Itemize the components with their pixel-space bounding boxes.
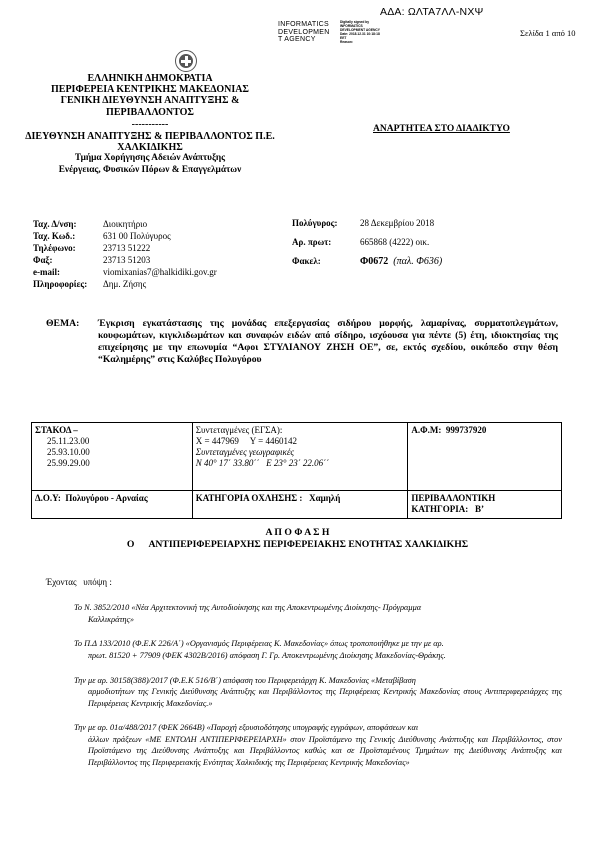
stakod-cell: ΣΤΑΚΟΔ – 25.11.23.00 25.93.10.00 25.99.2… — [32, 423, 193, 491]
contact-value: Διοικητήριο — [103, 218, 303, 230]
subject-label: ΘΕΜΑ: — [46, 318, 98, 366]
separator: ----------- — [0, 119, 300, 130]
signature-line: INFORMATICS — [278, 21, 330, 29]
env-category-line: ΚΑΤΗΓΟΡΙΑ: Β’ — [411, 504, 558, 515]
authority-line: ΕΛΛΗΝΙΚΗ ΔΗΜΟΚΡΑΤΙΑ — [0, 73, 300, 84]
subject: ΘΕΜΑ: Έγκριση εγκατάστασης της μονάδας ε… — [46, 318, 558, 366]
cross-icon — [179, 54, 193, 68]
signature-detail: Reason: — [340, 40, 380, 44]
directorate-line: ΔΙΕΥΘΥΝΣΗ ΑΝΑΠΤΥΞΗΣ & ΠΕΡΙΒΑΛΛΟΝΤΟΣ Π.Ε. — [0, 131, 300, 142]
nuisance-cell: ΚΑΤΗΓΟΡΙΑ ΟΧΛΗΣΗΣ : Χαμηλή — [192, 491, 408, 519]
ada-code: ΑΔΑ: ΩΛΤΑ7ΛΛ-ΝΧΨ — [380, 6, 484, 18]
contact-row: Τηλέφωνο:23713 51222 — [33, 242, 303, 254]
greek-coat-of-arms-icon — [175, 50, 197, 72]
geo-value: Ν 40° 17΄ 33.80΄΄ Ε 23° 23΄ 22.06΄΄ — [196, 458, 405, 469]
signature-line: T AGENCY — [278, 36, 330, 44]
directorate-line: ΧΑΛΚΙΔΙΚΗΣ — [0, 142, 300, 153]
list-item-first-line: Το Π.Δ 133/2010 (Φ.Ε.Κ 226/Α΄) «Οργανισμ… — [74, 638, 562, 650]
contact-label: Φαξ: — [33, 254, 103, 266]
table-row: ΣΤΑΚΟΔ – 25.11.23.00 25.93.10.00 25.99.2… — [32, 423, 562, 491]
contact-value: Δημ. Ζήσης — [103, 278, 303, 290]
authority-line: ΠΕΡΙΒΑΛΛΟΝΤΟΣ — [0, 107, 300, 118]
contact-row: Πληροφορίες:Δημ. Ζήσης — [33, 278, 303, 290]
protocol-value: 665868 (4222) οικ. — [360, 237, 429, 256]
stakod-label: ΣΤΑΚΟΔ – — [35, 425, 189, 436]
contact-label: Τηλέφωνο: — [33, 242, 103, 254]
stakod-code: 25.93.10.00 — [35, 447, 189, 458]
folder-value: Φ0672 (παλ. Φ636) — [360, 256, 442, 275]
contact-value: 631 00 Πολύγυρος — [103, 230, 303, 242]
contact-label: Πληροφορίες: — [33, 278, 103, 290]
list-item: Το Ν. 3852/2010 «Νέα Αρχιτεκτονική της Α… — [74, 602, 562, 625]
folder-label: Φακελ: — [292, 256, 360, 275]
contact-row: Ταχ. Δ/νση:Διοικητήριο — [33, 218, 303, 230]
post-online-notice: ΑΝΑΡΤΗΤΕΑ ΣΤΟ ΔΙΑΔΙΚΤΥΟ — [373, 124, 510, 134]
folder-code: Φ0672 — [360, 256, 388, 267]
folder-row: Φακελ:Φ0672 (παλ. Φ636) — [292, 256, 442, 275]
decision-issuer: Ο ΑΝΤΙΠΕΡΙΦΕΡΕΙΑΡΧΗΣ ΠΕΡΙΦΕΡΕΙΑΚΗΣ ΕΝΟΤΗ… — [0, 539, 595, 551]
doy-value: Δ.Ο.Υ: Πολυγύρου - Αρναίας — [35, 493, 189, 504]
date-value: 28 Δεκεμβρίου 2018 — [360, 218, 434, 237]
contact-row: Ταχ. Κωδ.:631 00 Πολύγυρος — [33, 230, 303, 242]
digital-signature-details: Digitally signed by INFORMATICS DEVELOPM… — [340, 20, 380, 44]
authority-line: ΓΕΝΙΚΗ ΔΙΕΥΘΥΝΣΗ ΑΝΑΠΤΥΞΗΣ & — [0, 95, 300, 106]
contact-label: e-mail: — [33, 266, 103, 278]
decision-heading: Α Π Ο Φ Α Σ Η Ο ΑΝΤΙΠΕΡΙΦΕΡΕΙΑΡΧΗΣ ΠΕΡΙΦ… — [0, 527, 595, 550]
email-link[interactable]: viomixanias7@halkidiki.gov.gr — [103, 266, 303, 278]
afm-value: Α.Φ.Μ: 999737920 — [411, 425, 558, 436]
document-meta: Πολύγυρος:28 Δεκεμβρίου 2018 Αρ. πρωτ:66… — [292, 218, 442, 275]
date-row: Πολύγυρος:28 Δεκεμβρίου 2018 — [292, 218, 442, 237]
contact-row: e-mail:viomixanias7@halkidiki.gov.gr — [33, 266, 303, 278]
table-row: Δ.Ο.Υ: Πολυγύρου - Αρναίας ΚΑΤΗΓΟΡΙΑ ΟΧΛ… — [32, 491, 562, 519]
signature-line: DEVELOPMEN — [278, 29, 330, 37]
list-item-continuation: αρμοδιοτήτων της Γενικής Διεύθυνσης Ανάπ… — [74, 686, 562, 709]
geo-label: Συντεταγμένες γεωγραφικές — [196, 447, 405, 458]
department-line: Τμήμα Χορήγησης Αδειών Ανάπτυξης — [0, 153, 300, 164]
place-label: Πολύγυρος: — [292, 218, 360, 237]
list-item-continuation: Καλλικράτης» — [74, 614, 562, 626]
folder-old-code: (παλ. Φ636) — [393, 256, 442, 267]
list-item: Το Π.Δ 133/2010 (Φ.Ε.Κ 226/Α΄) «Οργανισμ… — [74, 638, 562, 661]
legal-basis-list: Το Ν. 3852/2010 «Νέα Αρχιτεκτονική της Α… — [74, 602, 562, 782]
list-item-continuation: πρωτ. 81520 + 77909 (ΦΕΚ 4302Β/2016) από… — [74, 650, 562, 662]
contact-info: Ταχ. Δ/νση:Διοικητήριο Ταχ. Κωδ.:631 00 … — [33, 218, 303, 290]
protocol-row: Αρ. πρωτ:665868 (4222) οικ. — [292, 237, 442, 256]
list-item-first-line: Την με αρ. 30158(388)/2017 (Φ.Ε.Κ 516/Β΄… — [74, 675, 562, 687]
digital-signature-stamp: INFORMATICS DEVELOPMEN T AGENCY — [278, 21, 330, 44]
list-item-first-line: Το Ν. 3852/2010 «Νέα Αρχιτεκτονική της Α… — [74, 602, 562, 614]
contact-label: Ταχ. Δ/νση: — [33, 218, 103, 230]
department-line: Ενέργειας, Φυσικών Πόρων & Επαγγελμάτων — [0, 165, 300, 176]
subject-text: Έγκριση εγκατάστασης της μονάδας επεξεργ… — [98, 318, 558, 366]
contact-row: Φαξ:23713 51203 — [33, 254, 303, 266]
coordinates-cell: Συντεταγμένες (ΕΓΣΑ): X = 447969 Y = 446… — [192, 423, 408, 491]
list-item: Την με αρ. 30158(388)/2017 (Φ.Ε.Κ 516/Β΄… — [74, 675, 562, 710]
contact-label: Ταχ. Κωδ.: — [33, 230, 103, 242]
stakod-code: 25.99.29.00 — [35, 458, 189, 469]
contact-value: 23713 51203 — [103, 254, 303, 266]
authority-header: ΕΛΛΗΝΙΚΗ ΔΗΜΟΚΡΑΤΙΑ ΠΕΡΙΦΕΡΕΙΑ ΚΕΝΤΡΙΚΗΣ… — [0, 73, 300, 176]
list-item: Την με αρ. 01α/488/2017 (ΦΕΚ 2664Β) «Παρ… — [74, 722, 562, 768]
decision-title: Α Π Ο Φ Α Σ Η — [0, 527, 595, 539]
nuisance-value: ΚΑΤΗΓΟΡΙΑ ΟΧΛΗΣΗΣ : Χαμηλή — [196, 493, 405, 504]
afm-cell: Α.Φ.Μ: 999737920 — [408, 423, 562, 491]
authority-line: ΠΕΡΙΦΕΡΕΙΑ ΚΕΝΤΡΙΚΗΣ ΜΑΚΕΔΟΝΙΑΣ — [0, 84, 300, 95]
protocol-label: Αρ. πρωτ: — [292, 237, 360, 256]
doy-cell: Δ.Ο.Υ: Πολυγύρου - Αρναίας — [32, 491, 193, 519]
page-number: Σελίδα 1 από 10 — [520, 28, 576, 38]
env-category-cell: ΠΕΡΙΒΑΛΛΟΝΤΙΚΗ ΚΑΤΗΓΟΡΙΑ: Β’ — [408, 491, 562, 519]
considering-label: Έχοντας υπόψη : — [46, 577, 112, 587]
coords-label: Συντεταγμένες (ΕΓΣΑ): — [196, 425, 405, 436]
coords-xy: X = 447969 Y = 4460142 — [196, 436, 405, 447]
business-params-table: ΣΤΑΚΟΔ – 25.11.23.00 25.93.10.00 25.99.2… — [31, 422, 562, 519]
contact-value: 23713 51222 — [103, 242, 303, 254]
list-item-first-line: Την με αρ. 01α/488/2017 (ΦΕΚ 2664Β) «Παρ… — [74, 722, 562, 734]
list-item-continuation: άλλων πράξεων «ΜΕ ΕΝΤΟΛΗ ΑΝΤΙΠΕΡΙΦΕΡΕΙΑΡ… — [74, 734, 562, 769]
stakod-code: 25.11.23.00 — [35, 436, 189, 447]
env-category-line: ΠΕΡΙΒΑΛΛΟΝΤΙΚΗ — [411, 493, 558, 504]
